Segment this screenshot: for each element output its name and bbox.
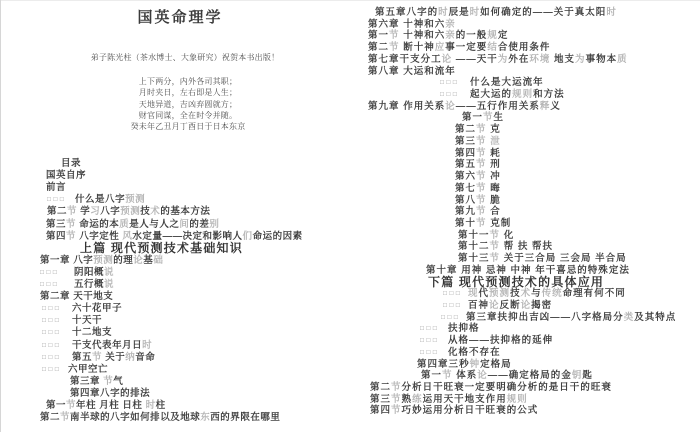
toc-line: 第二节 克 [455, 124, 501, 135]
light-glyph: 规 [507, 394, 518, 405]
light-glyph: 节 [490, 230, 501, 241]
light-glyph: 统 [552, 288, 563, 299]
toc-line: 第七节 晦 [455, 183, 501, 194]
light-glyph: 节 [476, 148, 487, 159]
light-glyph: 节 [476, 206, 487, 217]
toc-line: 第五节 刑 [455, 159, 501, 170]
toc-line-text: 化格不存在 [448, 347, 501, 358]
missing-glyph-boxes: □□□ [420, 349, 439, 356]
light-glyph: 境 [540, 54, 551, 65]
light-glyph: 时 [606, 7, 617, 18]
light-glyph: 现 [468, 288, 479, 299]
light-glyph: 规 [512, 89, 523, 100]
toc-line: □□□扶抑格 [420, 323, 439, 335]
light-glyph: 论 [489, 300, 500, 311]
toc-line: 第二节 断十神应事一定要结合使用条件 [368, 42, 550, 53]
toc-line-text: 第四节 耗 [455, 148, 501, 159]
toc-line-text: 第二节分析日干旺衰一定要明确分析的是日干的旺衰 [370, 382, 612, 393]
toc-line-text: 第九章 作用关系论——五行作用关系释义 [368, 101, 561, 112]
light-glyph: 节 [391, 405, 402, 416]
toc-line: 第十三节 关于三合局 三会局 半合局 [458, 253, 627, 264]
toc-line: □□□化格不存在 [420, 347, 439, 359]
toc-line-text: 第八节 脆 [455, 195, 501, 206]
toc-line-text: 第九节 合 [455, 206, 501, 217]
toc-line: 第四章三秒钟定格局 [417, 359, 512, 370]
toc-line-text: 第八章 大运和流年 [368, 66, 456, 77]
toc-line-text: 第七章干支分工论 ——天干为外在环境 地支为事物本质 [368, 54, 628, 65]
light-glyph: 节 [483, 112, 494, 123]
toc-line-text: 第二节 克 [455, 124, 501, 135]
toc-line-text: 第一节 体系论——确定格局的金钥匙 [421, 370, 593, 381]
toc-line-text: 第六章 十神和六亲 [368, 19, 456, 30]
toc-line: □□□什么是大运流年 [440, 77, 459, 89]
light-glyph: 质 [617, 54, 628, 65]
light-glyph: 钟 [470, 359, 481, 370]
light-glyph: 论 [521, 300, 532, 311]
light-glyph: 论 [477, 370, 488, 381]
light-glyph: 节 [490, 253, 501, 264]
toc-line: 第一节 体系论——确定格局的金钥匙 [421, 370, 593, 381]
light-glyph: 节 [476, 183, 487, 194]
toc-line: 第七章干支分工论 ——天干为外在环境 地支为事物本质 [368, 54, 628, 65]
light-glyph: 应 [435, 42, 446, 53]
toc-line: □□□百神论反断论揭密 [443, 300, 462, 312]
toc-line: □□□从格——扶抑格的延伸 [420, 335, 439, 347]
light-glyph: 结 [487, 42, 498, 53]
toc-line: □□□第三章扶抑出吉凶——八字格局分类及其特点 [441, 312, 460, 324]
toc-line-text: 百神论反断论揭密 [468, 300, 552, 311]
toc-line: 第十节 克制 [455, 218, 511, 229]
toc-line: 第六章 十神和六亲 [368, 19, 456, 30]
light-glyph: 为 [498, 54, 509, 65]
missing-glyph-boxes: □□□ [441, 314, 460, 321]
light-glyph: 钥 [572, 370, 583, 381]
light-glyph: 亲 [445, 30, 456, 41]
light-glyph: 为 [575, 54, 586, 65]
missing-glyph-boxes: □□□ [420, 337, 439, 344]
toc-line-text: 第三章扶抑出吉凶——八字格局分类及其特点 [466, 312, 676, 323]
toc-line: 第二节分析日干旺衰一定要明确分析的是日干的旺衰 [370, 382, 612, 393]
toc-line-text: 扶抑格 [448, 323, 480, 334]
toc-line-text: 第十一节 化 [458, 230, 514, 241]
missing-glyph-boxes: □□□ [440, 79, 459, 86]
light-glyph: 节 [476, 171, 487, 182]
toc-line-text: 第二节 断十神应事一定要结合使用条件 [368, 42, 550, 53]
toc-line: □□□起大运的规则和方法 [440, 89, 459, 101]
toc-line-text: 第四节巧妙运用分析日干旺衰的公式 [370, 405, 538, 416]
light-glyph: 节 [442, 370, 453, 381]
light-glyph: 节 [476, 159, 487, 170]
toc-line-text: 第十节 克制 [455, 218, 511, 229]
toc-line-text: 第五章八字的时辰是时如何确定的——关于真太阳时 [375, 7, 617, 18]
toc-line: 第四节 耗 [455, 148, 501, 159]
toc-line-text: 从格——扶抑格的延伸 [448, 335, 553, 346]
light-glyph: 节 [389, 30, 400, 41]
toc-line: 第十二节 帮 扶 帮扶 [458, 241, 553, 252]
toc-line: 第三节 泄 [455, 136, 501, 147]
light-glyph: 预 [489, 288, 500, 299]
toc-line: 第一节生 [462, 112, 504, 123]
missing-glyph-boxes: □□□ [440, 91, 459, 98]
light-glyph: 节 [490, 241, 501, 252]
toc-line-text: 第三节熟练运用天干地支作用规则 [370, 394, 528, 405]
light-glyph: 节 [476, 218, 487, 229]
light-glyph: 传 [542, 288, 553, 299]
light-glyph: 则 [523, 89, 534, 100]
toc-line: 第九节 合 [455, 206, 501, 217]
toc-line-text: 现代预测技术与传统命理有何不同 [468, 288, 626, 299]
toc-line-text: 第五节 刑 [455, 159, 501, 170]
light-glyph: 术 [521, 288, 532, 299]
toc-line: 第九章 作用关系论——五行作用关系释义 [368, 101, 561, 112]
light-glyph: 亲 [445, 19, 456, 30]
toc-line-text: 第七节 晦 [455, 183, 501, 194]
missing-glyph-boxes: □□□ [443, 302, 462, 309]
toc-line: 第十一节 化 [458, 230, 514, 241]
toc-line-text: 什么是大运流年 [470, 77, 544, 88]
toc-line-text: 第四章三秒钟定格局 [417, 359, 512, 370]
missing-glyph-boxes: □□□ [443, 290, 462, 297]
light-glyph: 练 [412, 394, 423, 405]
toc-right: 第五章八字的时辰是时如何确定的——关于真太阳时第六章 十神和六亲第一节 十神和六… [0, 0, 700, 432]
light-glyph: 时 [470, 7, 481, 18]
light-glyph: 释 [540, 101, 551, 112]
light-glyph: 节 [476, 124, 487, 135]
light-glyph: 节 [476, 136, 487, 147]
light-glyph: 时 [438, 7, 449, 18]
book-toc-page: 国英命理学 弟子陈光柱（茶水博士、大象研究）祝贺本书出版！ 上下两分，内外各司其… [0, 0, 700, 432]
toc-line-text: 起大运的规则和方法 [470, 89, 565, 100]
light-glyph: 节 [389, 42, 400, 53]
light-glyph: 测 [500, 288, 511, 299]
light-glyph: 泄 [490, 136, 501, 147]
toc-line: 第八节 脆 [455, 195, 501, 206]
toc-line-text: 第六节 冲 [455, 171, 501, 182]
light-glyph: 论 [445, 101, 456, 112]
toc-section-header: 下篇 现代预测技术的具体应用 [428, 277, 604, 288]
toc-line: 第三节熟练运用天干地支作用规则 [370, 394, 528, 405]
toc-line: 第五章八字的时辰是时如何确定的——关于真太阳时 [375, 7, 617, 18]
toc-line-text: 第十二节 帮 扶 帮扶 [458, 241, 553, 252]
toc-line-text: 第三节 泄 [455, 136, 501, 147]
toc-line-text: 第十三节 关于三合局 三会局 半合局 [458, 253, 627, 264]
toc-line: □□□现代预测技术与传统命理有何不同 [443, 288, 462, 300]
light-glyph: 节 [391, 382, 402, 393]
light-glyph: 节 [476, 195, 487, 206]
toc-line: 第一节 十神和六亲的一般规定 [368, 30, 508, 41]
toc-line-text: 下篇 现代预测技术的具体应用 [428, 275, 604, 289]
missing-glyph-boxes: □□□ [420, 325, 439, 332]
toc-line: 第八章 大运和流年 [368, 66, 456, 77]
light-glyph: 论 [442, 54, 453, 65]
light-glyph: 环 [529, 54, 540, 65]
light-glyph: 节 [391, 394, 402, 405]
light-glyph: 类 [624, 312, 635, 323]
toc-line: 第六节 冲 [455, 171, 501, 182]
light-glyph: 规 [487, 30, 498, 41]
toc-line-text: 第一节 十神和六亲的一般规定 [368, 30, 508, 41]
light-glyph: 则 [517, 394, 528, 405]
toc-line-text: 第一节生 [462, 112, 504, 123]
toc-line: 第四节巧妙运用分析日干旺衰的公式 [370, 405, 538, 416]
